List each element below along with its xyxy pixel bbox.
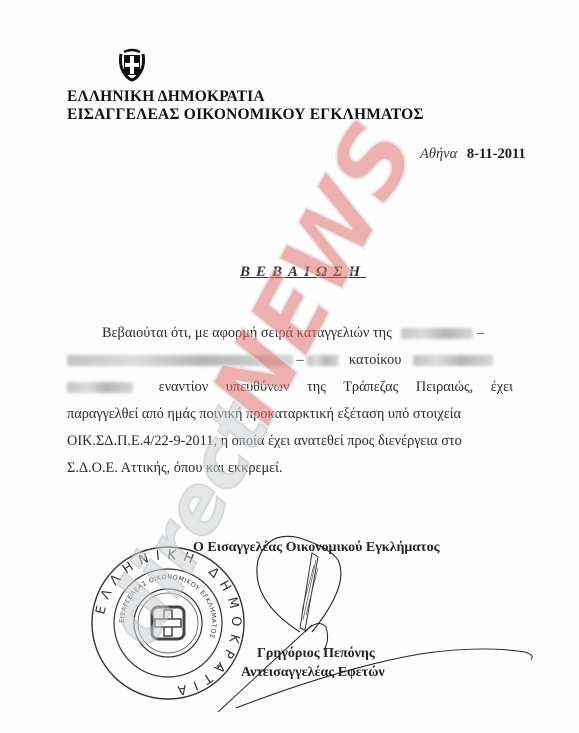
dash: – <box>297 352 308 368</box>
redacted-name <box>401 328 473 339</box>
stamp-emblem-icon <box>152 607 184 639</box>
header-line-prosecutor-office: ΕΙΣΑΓΓΕΛΕΑΣ ΟΙΚΟΝΟΜΙΚΟΥ ΕΓΚΛΗΜΑΤΟΣ <box>67 106 424 124</box>
body-line-6: Σ.Δ.Ο.Ε. Αττικής, όπου και εκκρεμεί. <box>67 455 283 482</box>
body-text: κατοίκου <box>349 352 401 368</box>
header-line-republic: ΕΛΛΗΝΙΚΗ ΔΗΜΟΚΡΑΤΙΑ <box>67 88 265 106</box>
body-text: εναντίον υπευθύνων της Τράπεζας Πειραιώς… <box>159 379 513 395</box>
redacted-name <box>67 355 293 366</box>
document-page: ΕΛΛΗΝΙΚΗ ΔΗΜΟΚΡΑΤΙΑ ΕΙΣΑΓΓΕΛΕΑΣ ΟΙΚΟΝΟΜΙ… <box>0 0 579 733</box>
place: Αθήνα <box>420 146 457 162</box>
redacted-address <box>67 382 133 393</box>
redacted-address <box>413 355 493 366</box>
dash: – <box>477 325 484 341</box>
document-date: 8-11-2011 <box>467 146 526 162</box>
body-line-3: εναντίον υπευθύνων της Τράπεζας Πειραιώς… <box>67 374 513 401</box>
body-line-2: – κατοίκου <box>67 347 493 374</box>
official-stamp: ΕΛΛΗΝΙΚΗ ΔΗΜΟΚΡΑΤΙΑ ΕΙΣΑΓΓΕΛΕΑΣ ΟΙΚΟΝΟΜΙ… <box>88 543 248 703</box>
signatory-role: Αντεισαγγελέας Εφετών <box>241 665 385 681</box>
document-title: ΒΕΒΑΙΩΣΗ <box>240 264 366 281</box>
svg-text:*: * <box>216 662 222 674</box>
body-line-5: ΟΙΚ.ΣΔ.Π.Ε.4/22-9-2011, η οποία έχει ανα… <box>67 428 462 455</box>
body-line-4: παραγγελθεί από ημάς ποινική προκαταρκτι… <box>67 401 461 428</box>
signatory-name: Γρηγόριος Πεπόνης <box>257 646 375 662</box>
redacted-name <box>307 355 339 366</box>
date-line: Αθήνα 8-11-2011 <box>420 146 526 163</box>
greek-coat-of-arms-icon <box>117 48 147 82</box>
signatory-title: Ο Εισαγγελέας Οικονομικού Εγκλήματος <box>193 540 440 556</box>
body-text: Βεβαιούται ότι, με αφορμή σειρά καταγγελ… <box>102 325 392 341</box>
body-line-1: Βεβαιούται ότι, με αφορμή σειρά καταγγελ… <box>102 320 484 347</box>
